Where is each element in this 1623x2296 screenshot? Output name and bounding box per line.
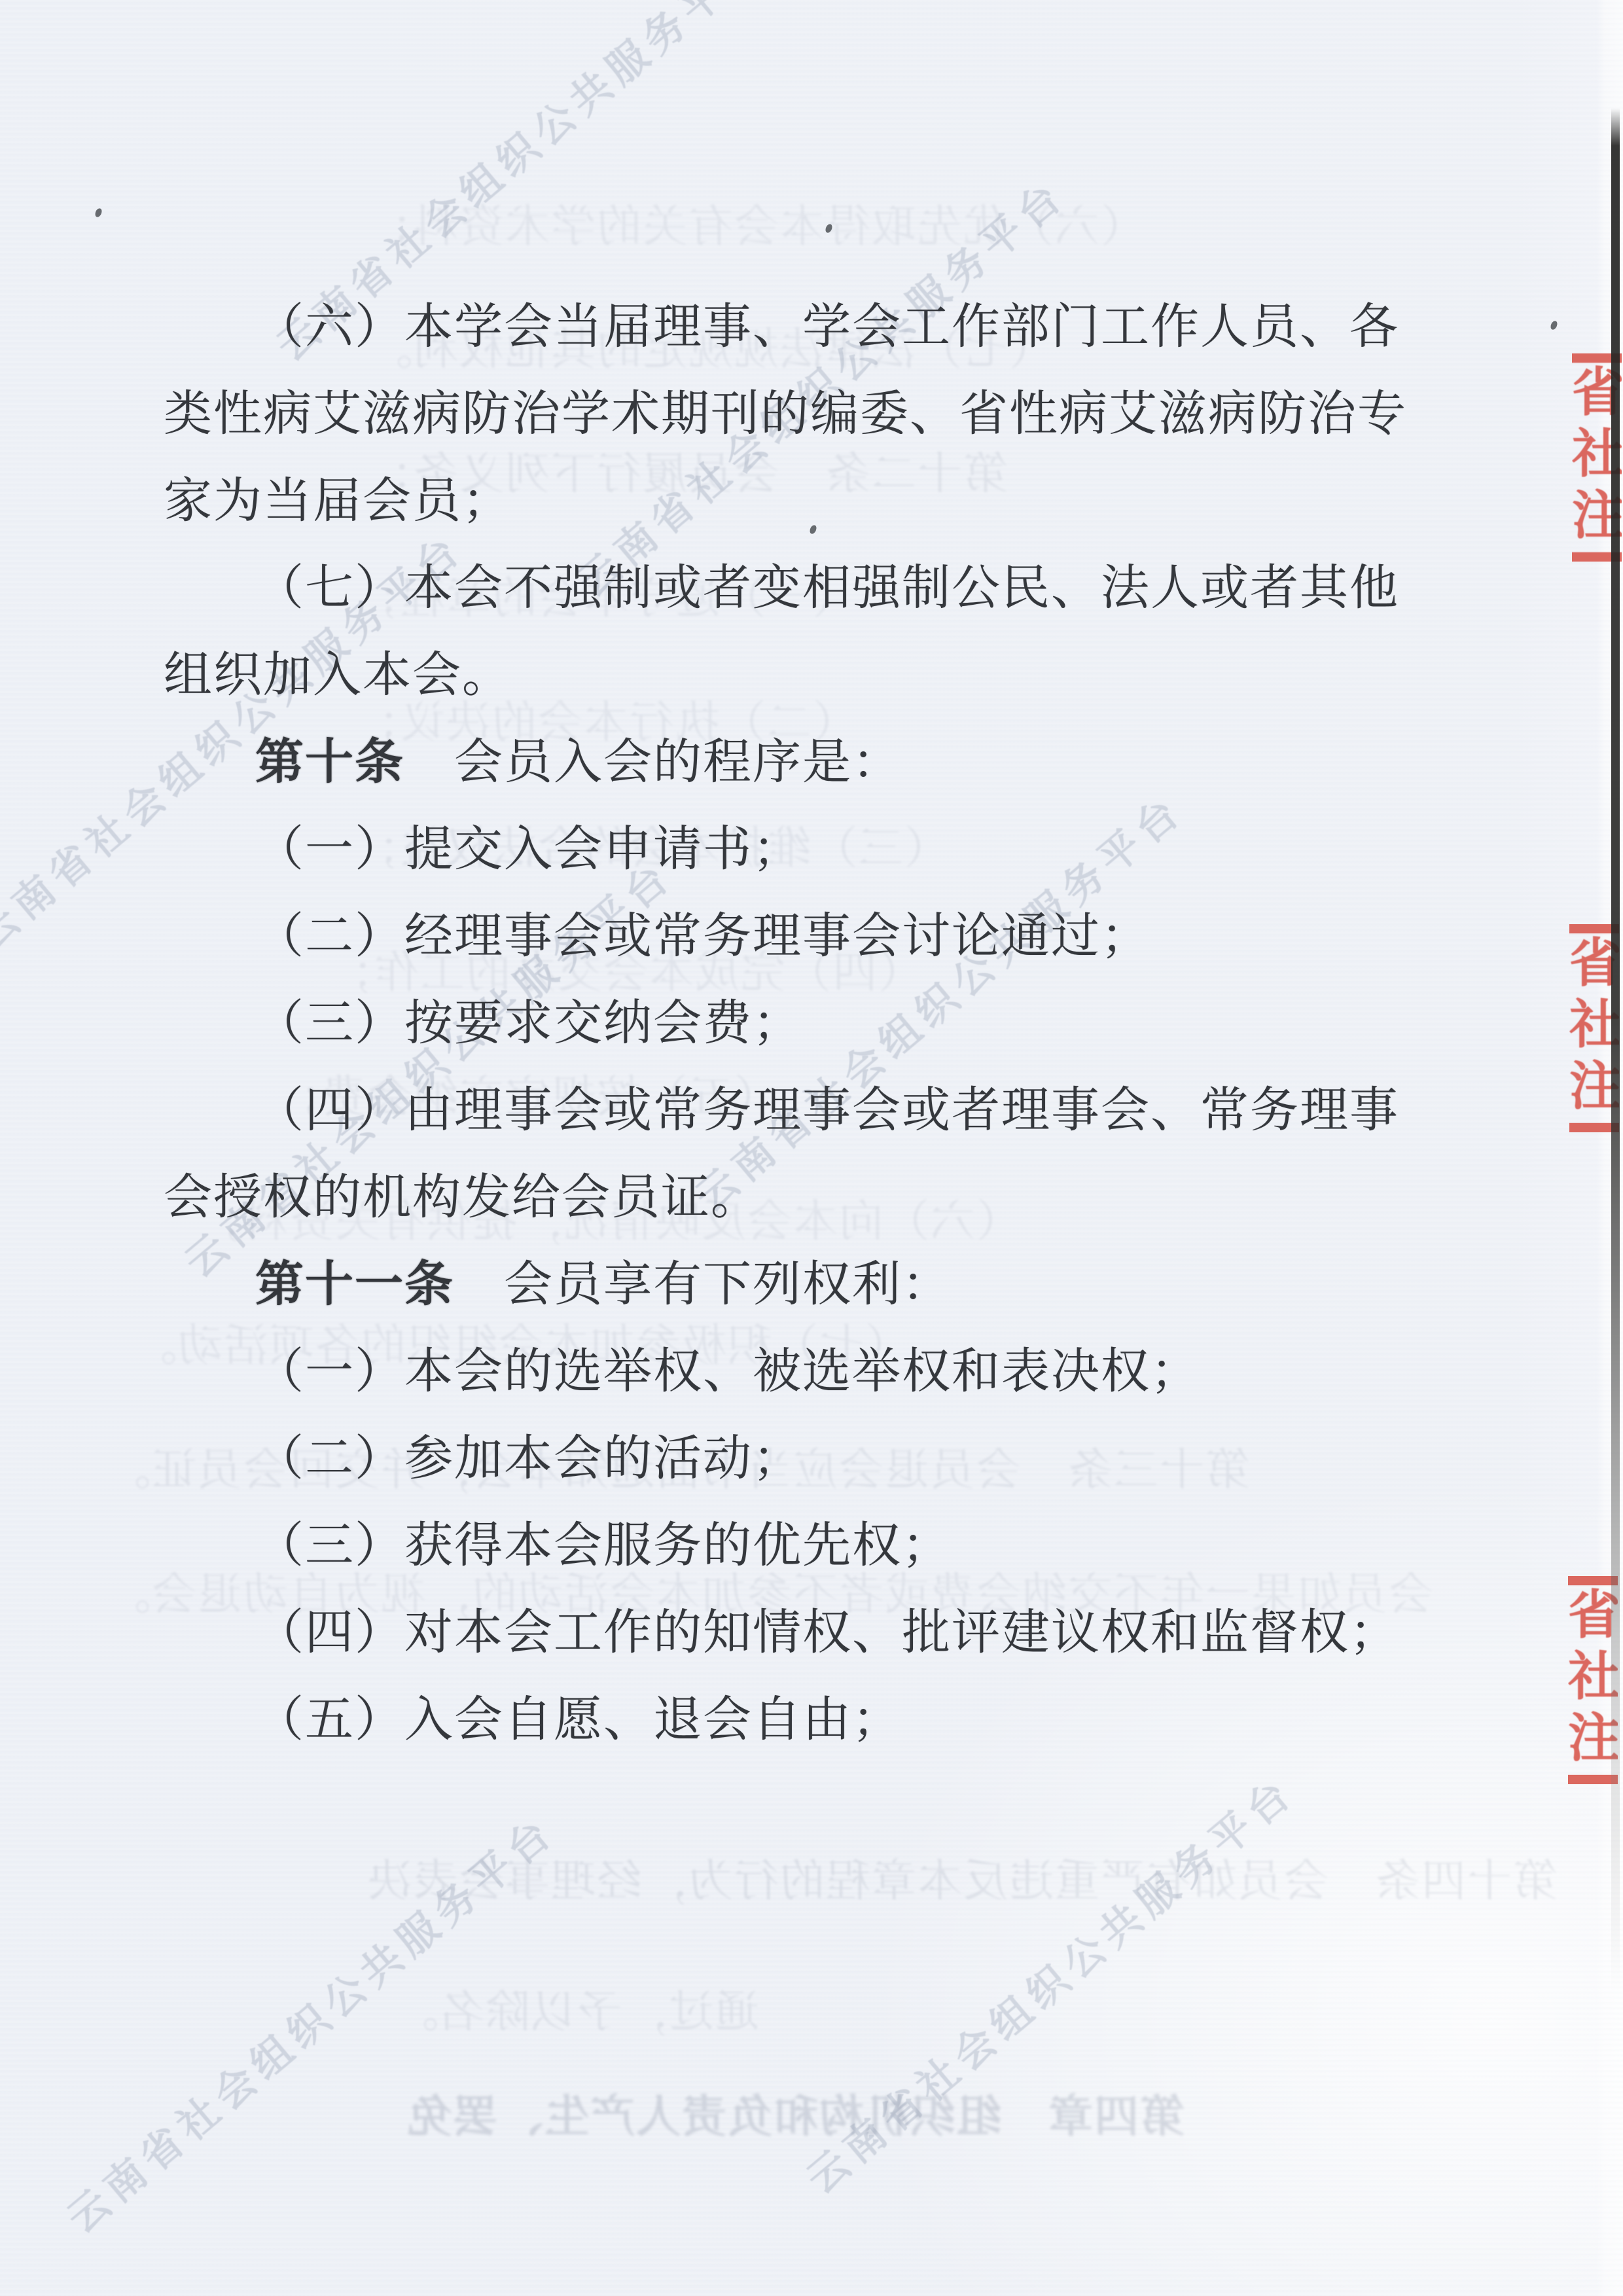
stamp-character: 社	[1568, 1649, 1618, 1708]
red-registry-stamp: 省社注	[1568, 1576, 1618, 1784]
stamp-border-bar	[1568, 1775, 1618, 1784]
scanned-page: 云南省社会组织公共服务平台云南省社会组织公共服务平台云南省社会组织公共服务平台云…	[0, 0, 1623, 2296]
stamp-character: 注	[1568, 1711, 1618, 1770]
stamp-character: 省	[1568, 1588, 1618, 1647]
stamp-layer: 省社注省社注省社注	[0, 0, 1623, 2296]
scan-edge-shadow	[1611, 108, 1620, 1993]
stamp-border-bar	[1568, 1576, 1618, 1585]
